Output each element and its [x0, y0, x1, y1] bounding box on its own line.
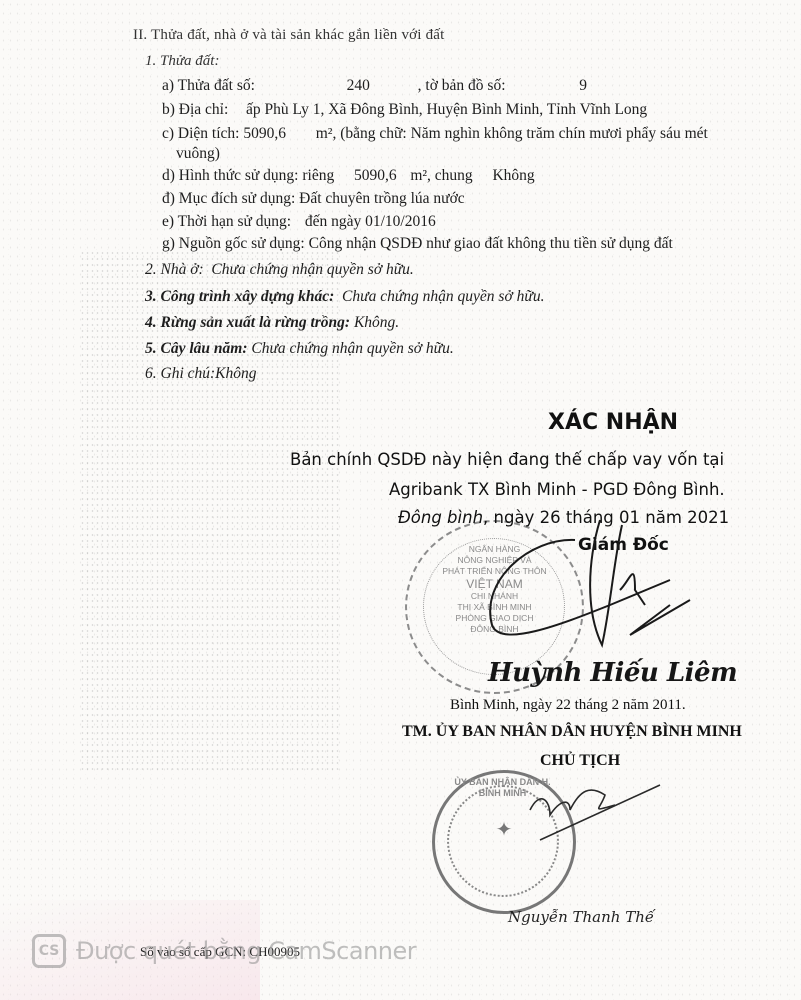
land-parcel-row: a) Thửa đất số: 240 , tờ bản đồ số: 9: [162, 77, 587, 95]
camscanner-logo-icon: CS: [32, 934, 66, 968]
usage-unit: m², chung: [410, 167, 472, 184]
star-icon: ✦: [490, 825, 518, 836]
item-production-forest: 4. Rừng sản xuất là rừng trồng: Không.: [145, 314, 399, 332]
purpose-row: đ) Mục đích sử dụng: Đất chuyên trồng lú…: [162, 190, 465, 208]
item-house: 2. Nhà ở: Chưa chứng nhận quyền sở hữu.: [145, 261, 414, 279]
section-title: II. Thửa đất, nhà ở và tài sản khác gắn …: [133, 27, 445, 44]
term-label: e) Thời hạn sử dụng:: [162, 213, 291, 230]
chairman-signature-icon: [520, 780, 670, 840]
map-sheet-label: , tờ bản đồ số:: [418, 77, 506, 94]
usage-form-label: d) Hình thức sử dụng: riêng: [162, 167, 334, 184]
purpose-label: đ) Mục đích sử dụng:: [162, 190, 295, 207]
item-perennial-trees: 5. Cây lâu năm: Chưa chứng nhận quyền sở…: [145, 340, 454, 358]
item-note: 6. Ghi chú:Không: [145, 365, 257, 383]
confirmation-line-2: Agribank TX Bình Minh - PGD Đông Bình.: [389, 480, 725, 499]
item-other-construction: 3. Công trình xây dựng khác: Chưa chứng …: [145, 288, 544, 306]
parcel-number: 240: [347, 77, 370, 94]
origin-label: g) Nguồn gốc sử dụng:: [162, 235, 305, 252]
director-name: Huỳnh Hiếu Liêm: [488, 658, 737, 688]
term-value: đến ngày 01/10/2016: [305, 213, 436, 230]
parcel-label: a) Thửa đất số:: [162, 77, 255, 94]
area-label: c) Diện tích: 5090,6: [162, 125, 286, 142]
authority-org: TM. ỦY BAN NHÂN DÂN HUYỆN BÌNH MINH: [402, 723, 742, 741]
director-signature-icon: [470, 520, 700, 650]
camscanner-watermark: CS Được quét bằng CamScanner: [32, 934, 416, 968]
address-value: ấp Phù Ly 1, Xã Đông Bình, Huyện Bình Mi…: [246, 101, 647, 118]
term-row: e) Thời hạn sử dụng: đến ngày 01/10/2016: [162, 213, 436, 231]
origin-row: g) Nguồn gốc sử dụng: Công nhận QSDĐ như…: [162, 235, 673, 253]
scan-noise: [0, 0, 801, 1000]
chairman-name: Nguyễn Thanh Thế: [508, 908, 654, 926]
map-sheet-number: 9: [579, 77, 587, 94]
usage-private-area: 5090,6: [354, 167, 397, 184]
confirmation-line-1: Bản chính QSDĐ này hiện đang thế chấp va…: [290, 450, 724, 469]
watermark-text: Được quét bằng CamScanner: [76, 937, 416, 965]
purpose-value: Đất chuyên trồng lúa nước: [299, 190, 465, 207]
area-row: c) Diện tích: 5090,6 m², (bằng chữ: Năm …: [162, 125, 708, 143]
authority-date: Bình Minh, ngày 22 tháng 2 năm 2011.: [450, 697, 686, 714]
origin-value: Công nhận QSDĐ như giao đất không thu ti…: [309, 235, 673, 252]
authority-role: CHỦ TỊCH: [540, 752, 620, 770]
area-row-cont: vuông): [176, 145, 220, 163]
address-label: b) Địa chỉ:: [162, 101, 228, 118]
area-words: m², (bằng chữ: Năm nghìn không trăm chín…: [316, 125, 708, 142]
confirmation-title: XÁC NHẬN: [548, 410, 678, 435]
usage-shared: Không: [492, 167, 534, 184]
usage-form-row: d) Hình thức sử dụng: riêng 5090,6 m², c…: [162, 167, 535, 185]
address-row: b) Địa chỉ: ấp Phù Ly 1, Xã Đông Bình, H…: [162, 101, 647, 119]
land-heading: 1. Thửa đất:: [145, 53, 219, 70]
